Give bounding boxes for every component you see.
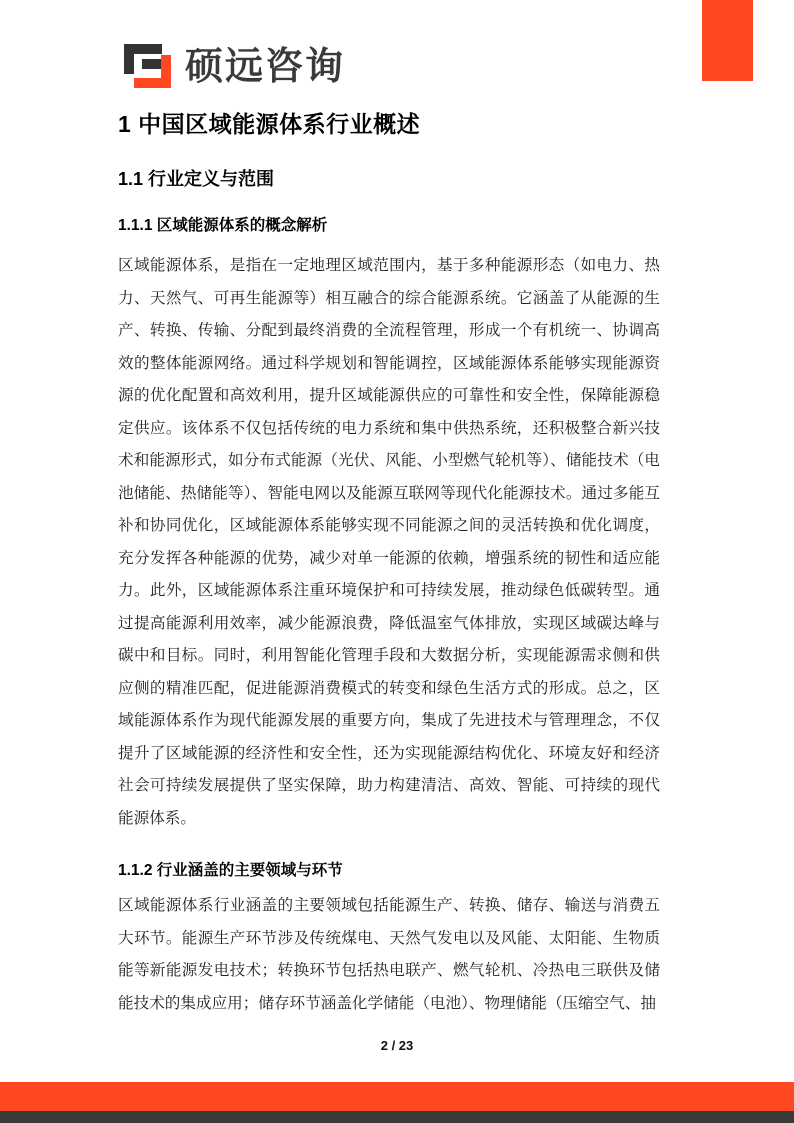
- top-right-accent-block: [702, 0, 753, 81]
- content-column: 硕远咨询 1 中国区域能源体系行业概述 1.1 行业定义与范围 1.1.1 区域…: [118, 0, 660, 1020]
- report-page: 硕远咨询 1 中国区域能源体系行业概述 1.1 行业定义与范围 1.1.1 区域…: [0, 0, 794, 1123]
- section-heading: 1.1 行业定义与范围: [118, 168, 660, 190]
- footer-accent-bar: [0, 1082, 794, 1111]
- footer-dark-bar: [0, 1111, 794, 1123]
- chapter-heading: 1 中国区域能源体系行业概述: [118, 110, 660, 138]
- subsection-heading-2: 1.1.2 行业涵盖的主要领域与环节: [118, 862, 660, 880]
- brand-logo-icon: [122, 42, 172, 92]
- page-number: 2 / 23: [0, 1038, 794, 1053]
- body-paragraph-1: 区域能源体系，是指在一定地理区域范围内，基于多种能源形态（如电力、热力、天然气、…: [118, 250, 660, 835]
- brand-logo: 硕远咨询: [122, 42, 660, 92]
- brand-name: 硕远咨询: [185, 42, 345, 92]
- subsection-heading-1: 1.1.1 区域能源体系的概念解析: [118, 217, 660, 235]
- body-paragraph-2: 区域能源体系行业涵盖的主要领域包括能源生产、转换、储存、输送与消费五大环节。能源…: [118, 890, 660, 1020]
